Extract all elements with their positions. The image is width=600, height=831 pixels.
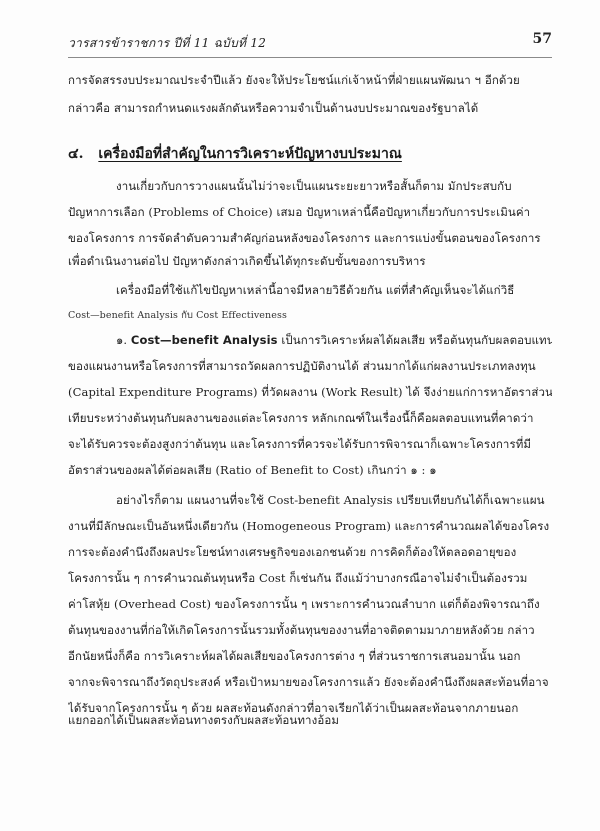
paragraph1-line-4: เพื่อดำเนินงานต่อไป ปัญหาดังกล่าวเกิดขึ้… — [68, 253, 552, 269]
paragraph1-line-1: งานเกี่ยวกับการวางแผนนั้นไม่ว่าจะเป็นแผน… — [68, 178, 552, 194]
item1-line-5: จะได้รับควรจะต้องสูงกว่าต้นทุน และโครงกา… — [68, 436, 552, 452]
paragraph3-line-7: อีกนัยหนึ่งก็คือ การวิเคราะห์ผลได้ผลเสีย… — [68, 648, 552, 664]
paragraph1-line-2: ปัญหาการเลือก (Problems of Choice) เสมอ … — [68, 204, 552, 220]
item1-line-2: ของแผนงานหรือโครงการที่สามารถวัดผลการปฏิ… — [68, 358, 552, 374]
paragraph3-line-10: แยกออกได้เป็นผลสะท้อนทางตรงกับผลสะท้อนทา… — [68, 712, 552, 728]
item1-line-1: ๑. Cost—benefit Analysis เป็นการวิเคราะห… — [68, 332, 552, 348]
paragraph3-line-6: ต้นทุนของงานที่ก่อให้เกิดโครงการนั้นรวมท… — [68, 622, 552, 638]
paragraph3-line-1: อย่างไรก็ตาม แผนงานที่จะใช้ Cost-benefit… — [68, 492, 552, 508]
item1-number: ๑. — [116, 333, 127, 347]
intro-line-1: การจัดสรรงบประมาณประจำปีแล้ว ยังจะให้ประ… — [68, 72, 552, 88]
page-number: 57 — [533, 31, 552, 47]
paragraph3-line-8: จากจะพิจารณาถึงวัตถุประสงค์ หรือเป้าหมาย… — [68, 674, 552, 690]
paragraph3-line-2: งานที่มีลักษณะเป็นอันหนึ่งเดียวกัน (Homo… — [68, 518, 552, 534]
item1-line-3: (Capital Expenditure Programs) ที่วัดผลง… — [68, 384, 552, 400]
intro-line-2: กล่าวคือ สามารถกำหนดแรงผลักดันหรือความจำ… — [68, 100, 552, 116]
paragraph3-line-3: การจะต้องคำนึงถึงผลประโยชน์ทางเศรษฐกิจขอ… — [68, 544, 552, 560]
journal-title: วารสารข้าราชการ ปีที่ 11 ฉบับที่ 12 — [68, 34, 266, 53]
item1-line-6: อัตราส่วนของผลได้ต่อผลเสีย (Ratio of Ben… — [68, 462, 552, 478]
paragraph2-line-2: Cost—benefit Analysis กับ Cost Effective… — [68, 308, 552, 324]
document-page: วารสารข้าราชการ ปีที่ 11 ฉบับที่ 12 57 ก… — [0, 0, 600, 831]
item1-term: Cost—benefit Analysis — [131, 333, 278, 347]
section-number: ๔. — [68, 146, 83, 162]
section-title: เครื่องมือที่สำคัญในการวิเคราะห์ปัญหางบป… — [98, 146, 402, 162]
running-header: วารสารข้าราชการ ปีที่ 11 ฉบับที่ 12 57 — [68, 28, 552, 54]
section-heading: ๔. เครื่องมือที่สำคัญในการวิเคราะห์ปัญหา… — [68, 143, 402, 165]
item1-line-4: เทียบระหว่างต้นทุนกับผลงานของแต่ละโครงกา… — [68, 410, 552, 426]
paragraph1-line-3: ของโครงการ การจัดลำดับความสำคัญก่อนหลังข… — [68, 230, 552, 246]
paragraph2-line-1: เครื่องมือที่ใช้แก้ไขปัญหาเหล่านี้อาจมีห… — [68, 282, 552, 298]
header-divider — [68, 57, 552, 58]
paragraph3-line-4: โครงการนั้น ๆ การคำนวณต้นทุนหรือ Cost ก็… — [68, 570, 552, 586]
paragraph3-line-5: ค่าโสหุ้ย (Overhead Cost) ของโครงการนั้น… — [68, 596, 552, 612]
item1-text: เป็นการวิเคราะห์ผลได้ผลเสีย หรือต้นทุนกั… — [281, 333, 552, 347]
